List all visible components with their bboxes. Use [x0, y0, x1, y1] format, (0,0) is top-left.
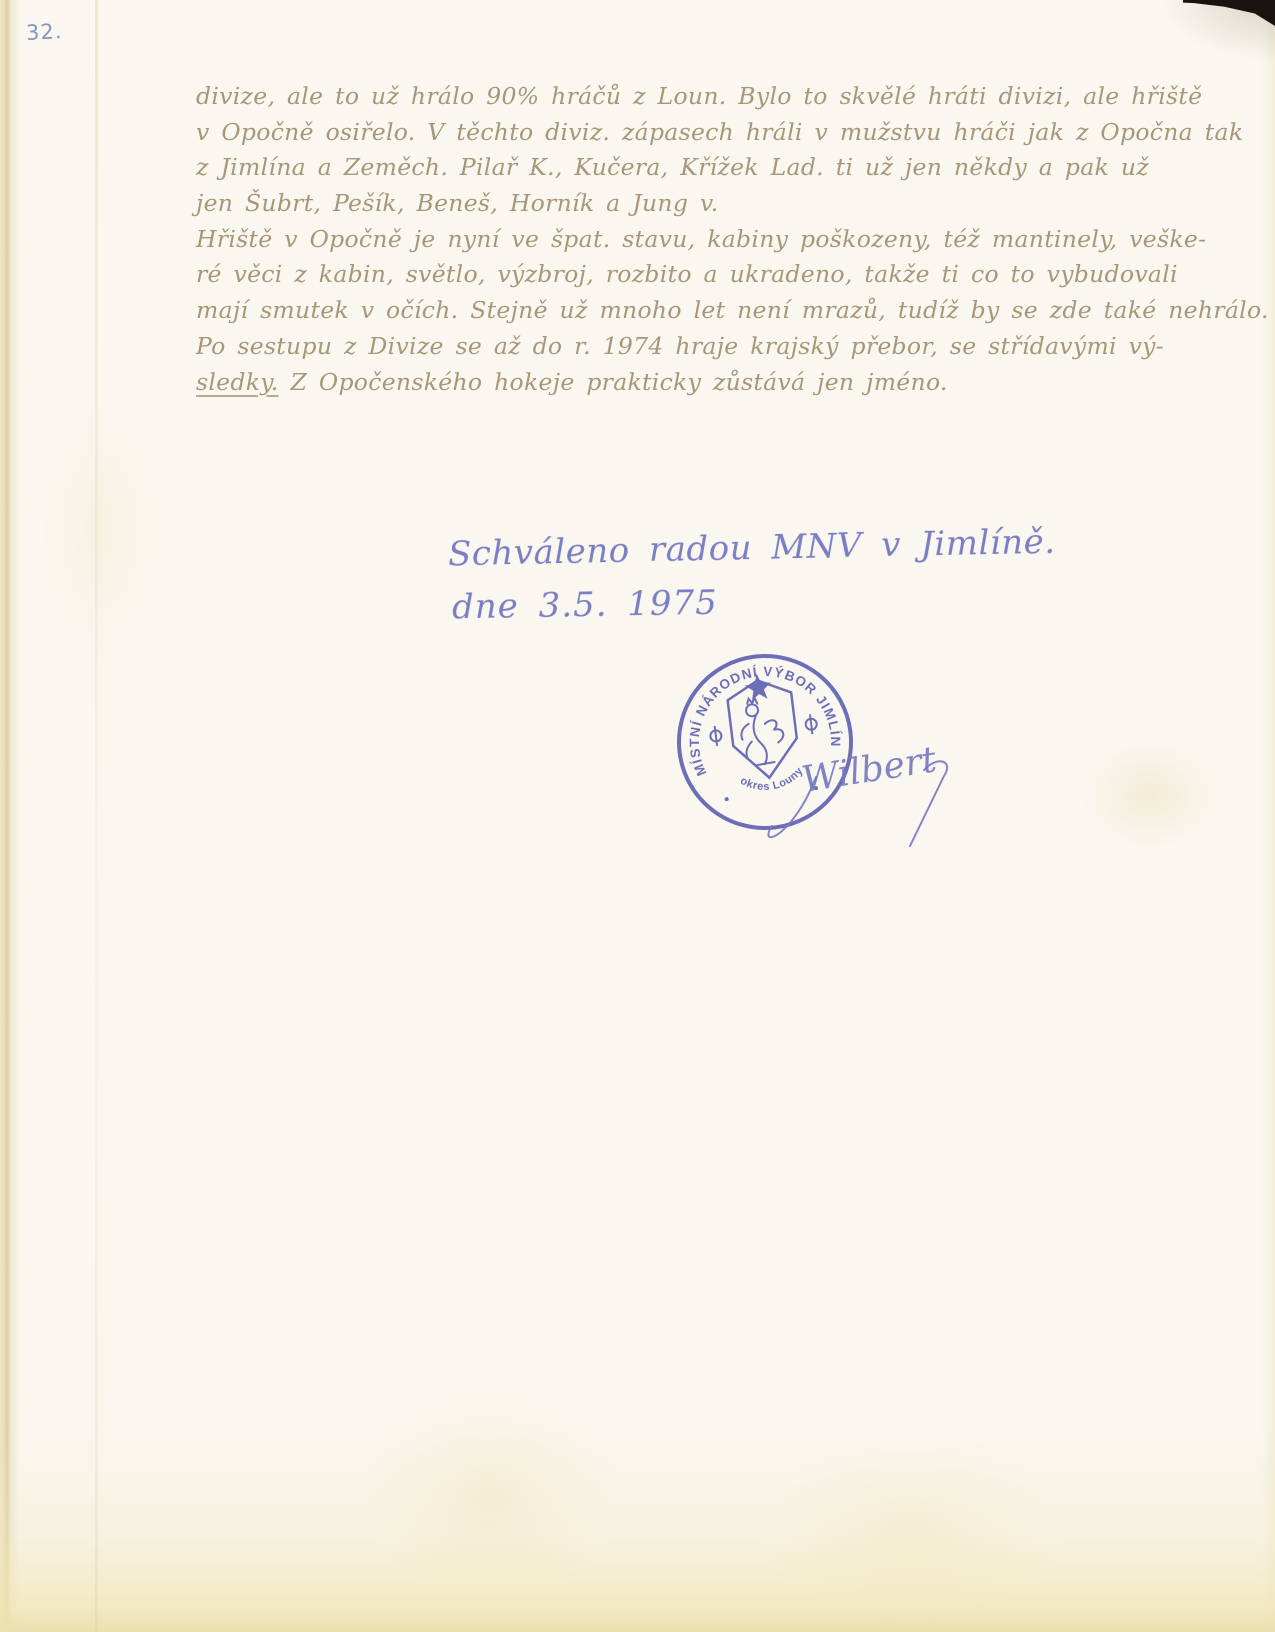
- scanner-background-corner: [1183, 0, 1275, 26]
- handwriting-block: divize, ale to už hrálo 90% hráčů z Loun…: [196, 82, 1256, 403]
- scanned-chronicle-page: 32. divize, ale to už hrálo 90% hráčů z …: [0, 0, 1275, 1632]
- handwritten-line: Hřiště v Opočně je nyní ve špat. stavu, …: [196, 225, 1256, 261]
- signature-block: Wilbert: [758, 722, 1018, 882]
- handwritten-line: sledky.Z Opočenského hokeje prakticky zů…: [196, 368, 1256, 404]
- page-number: 32.: [25, 19, 63, 45]
- paper-crease-line: [95, 0, 98, 1632]
- stamp-divider-left: [709, 725, 722, 746]
- paper-left-edge: [0, 0, 20, 1632]
- final-line-rest: Z Opočenského hokeje prakticky zůstává j…: [291, 368, 948, 396]
- handwritten-line: z Jimlína a Zeměch. Pilař K., Kučera, Kř…: [196, 153, 1256, 189]
- handwritten-line: ré věci z kabin, světlo, výzbroj, rozbit…: [196, 260, 1256, 296]
- handwritten-line: Po sestupu z Divize se až do r. 1974 hra…: [196, 332, 1256, 368]
- paper-stain: [360, 1380, 620, 1600]
- handwritten-line: divize, ale to už hrálo 90% hráčů z Loun…: [196, 82, 1256, 118]
- stamp-dot-left: [724, 797, 728, 801]
- handwritten-line: v Opočně osiřelo. V těchto diviz. zápase…: [196, 118, 1256, 154]
- paper-stain: [760, 1430, 1060, 1630]
- signature: Wilbert: [799, 739, 940, 801]
- underlined-word: sledky.: [196, 368, 279, 396]
- paper-stain: [40, 400, 160, 660]
- handwritten-line: jen Šubrt, Pešík, Beneš, Horník a Jung v…: [196, 189, 1256, 225]
- paper-right-edge: [1261, 0, 1275, 1632]
- approval-note: Schváleno radou MNV v Jimlíně.: [448, 522, 1056, 575]
- paper-stain: [1080, 740, 1220, 850]
- approval-date: dne 3.5. 1975: [452, 583, 718, 628]
- handwritten-line: mají smutek v očích. Stejně už mnoho let…: [196, 296, 1256, 332]
- paper-bottom-edge: [0, 1422, 1275, 1632]
